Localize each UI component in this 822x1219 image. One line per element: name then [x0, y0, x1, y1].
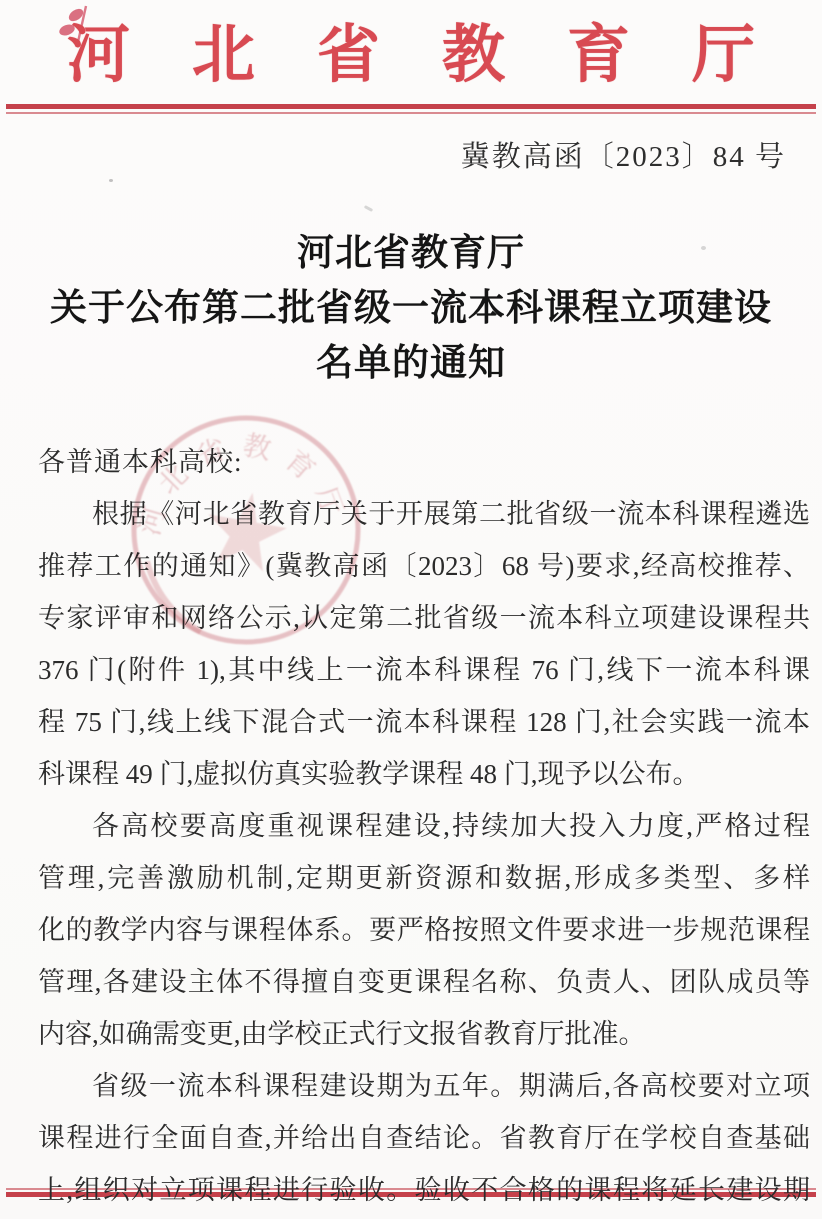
separator-thin-line	[6, 112, 816, 114]
body-line: 课程进行全面自查,并给出自查结论。省教育厅在学校自查基础	[38, 1112, 810, 1164]
body-line: 省级一流本科课程建设期为五年。期满后,各高校要对立项	[38, 1060, 810, 1112]
body-line: 管理,各建设主体不得擅自变更课程名称、负责人、团队成员等	[38, 956, 810, 1008]
body-line: 专家评审和网络公示,认定第二批省级一流本科立项建设课程共	[38, 592, 810, 644]
body-line: 化的教学内容与课程体系。要严格按照文件要求进一步规范课程	[38, 904, 810, 956]
letterhead-separator	[6, 104, 816, 114]
body-content: 各普通本科高校: 根据《河北省教育厅关于开展第二批省级一流本科课程遴选推荐工作的…	[38, 436, 810, 1216]
body-line: 管理,完善激励机制,定期更新资源和数据,形成多类型、多样	[38, 852, 810, 904]
body-line: 推荐工作的通知》(冀教高函〔2023〕68 号)要求,经高校推荐、	[38, 540, 810, 592]
document-page: 河北省教育厅 冀教高函〔2023〕84 号 河北省教育厅 关于公布第二批省级一流…	[0, 0, 822, 1219]
body-line: 376 门(附件 1),其中线上一流本科课程 76 门,线下一流本科课	[38, 644, 810, 696]
body-line: 内容,如确需变更,由学校正式行文报省教育厅批准。	[38, 1008, 810, 1060]
letterhead-agency-name: 河北省教育厅	[0, 18, 822, 92]
body-line: 程 75 门,线上线下混合式一流本科课程 128 门,社会实践一流本	[38, 696, 810, 748]
salutation: 各普通本科高校:	[38, 436, 810, 488]
scan-speck	[364, 205, 373, 212]
body-line: 科课程 49 门,虚拟仿真实验教学课程 48 门,现予以公布。	[38, 748, 810, 800]
body-line: 根据《河北省教育厅关于开展第二批省级一流本科课程遴选	[38, 488, 810, 540]
document-title: 河北省教育厅 关于公布第二批省级一流本科课程立项建设 名单的通知	[0, 226, 822, 391]
body-line: 各高校要高度重视课程建设,持续加大投入力度,严格过程	[38, 800, 810, 852]
title-line-2: 关于公布第二批省级一流本科课程立项建设	[0, 281, 822, 336]
scan-speck	[701, 246, 706, 250]
title-line-1: 河北省教育厅	[0, 226, 822, 281]
body-line: 上,组织对立项课程进行验收。验收不合格的课程将延长建设期	[38, 1164, 810, 1216]
body-text: 根据《河北省教育厅关于开展第二批省级一流本科课程遴选推荐工作的通知》(冀教高函〔…	[38, 488, 810, 1216]
title-line-3: 名单的通知	[0, 336, 822, 391]
document-number: 冀教高函〔2023〕84 号	[461, 134, 786, 175]
scan-speck	[109, 179, 113, 182]
